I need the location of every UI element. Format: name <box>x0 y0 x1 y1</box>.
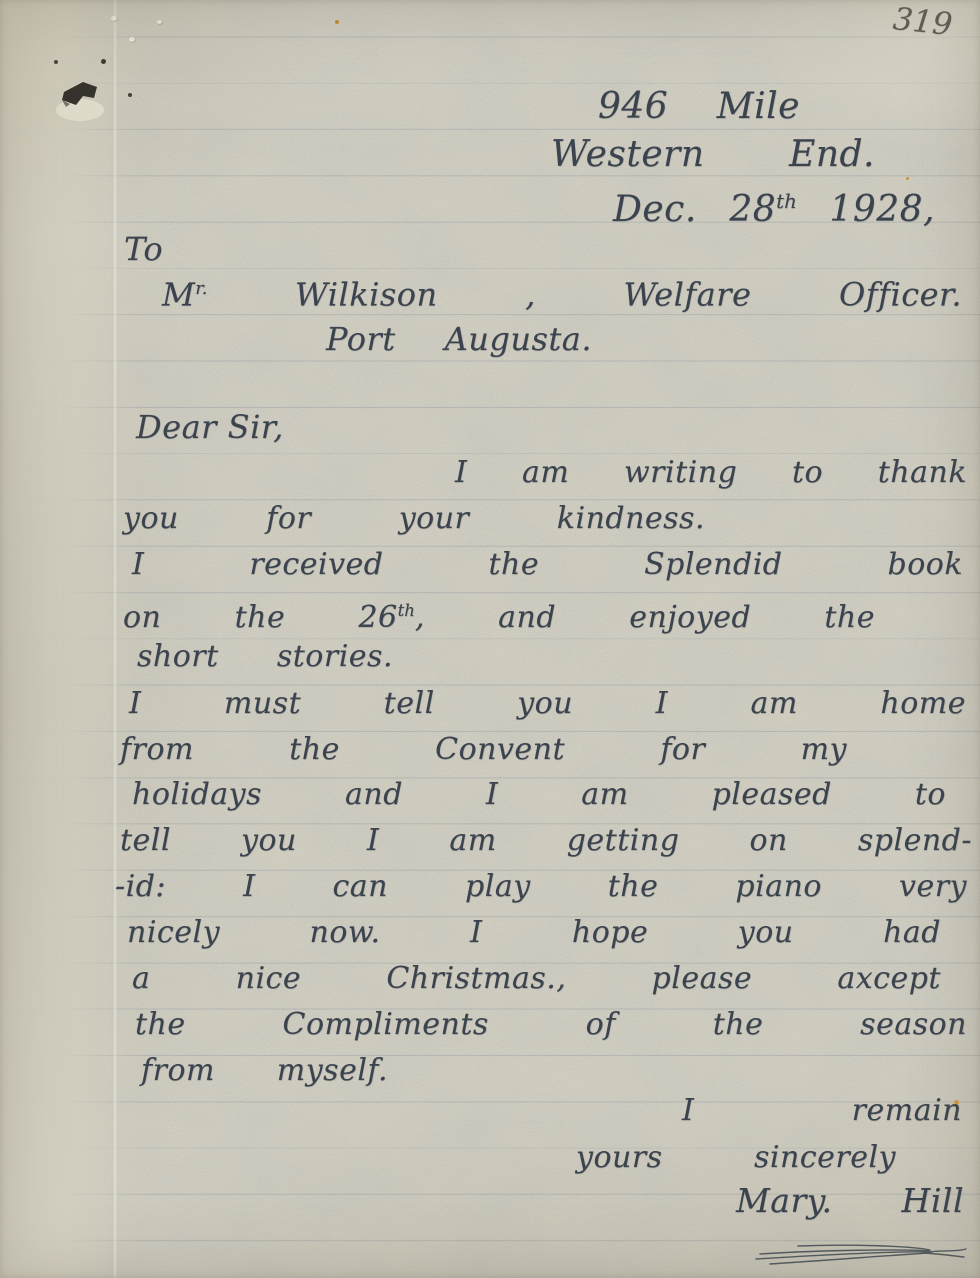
page-number: 319 <box>891 1 954 43</box>
paper-pinhole <box>157 20 162 24</box>
addressee-name-line: Mr. Wilkison , Welfare Officer. <box>162 266 962 312</box>
body-line: holidays and I am pleased to <box>132 772 946 818</box>
vertical-crease <box>112 0 118 1278</box>
body-line: from myself. <box>141 1048 388 1094</box>
gutter-fade <box>0 0 140 1278</box>
addressee-text: Wilkison , Welfare Officer. <box>207 276 962 314</box>
body-line: -id: I can play the piano very <box>115 864 967 910</box>
body-line: I am writing to thank <box>455 450 967 496</box>
paper-speck <box>101 59 106 64</box>
paper-speck <box>54 60 58 64</box>
date-ordinal-superscript: th <box>776 190 797 213</box>
heading-line-date: Dec. 28th 1928, <box>613 179 935 225</box>
letter-scan-page: 319 946 Mile Western End. Dec. 28th 1928… <box>0 0 980 1278</box>
paper-pinhole <box>129 37 135 42</box>
body-text: , and enjoyed the <box>415 600 875 635</box>
addressee-place-line: Port Augusta. <box>326 316 592 362</box>
body-line: you for your kindness. <box>123 496 705 542</box>
rust-fleck <box>335 20 339 24</box>
body-line: nicely now. I hope you had <box>127 910 941 956</box>
body-line: short stories. <box>137 634 393 680</box>
paper-speck <box>128 93 132 97</box>
ink-blot <box>50 74 120 133</box>
ordinal-superscript: th <box>398 601 415 620</box>
body-line: on the 26th, and enjoyed the <box>123 588 875 634</box>
heading-line-address: 946 Mile <box>598 84 800 130</box>
date-text: Dec. 28 <box>613 189 776 230</box>
body-line: I received the Splendid book <box>132 542 963 588</box>
body-line: tell you I am getting on splend- <box>120 818 972 864</box>
addressee-to: To <box>124 226 163 272</box>
addressee-text: M <box>162 276 195 314</box>
signature: Mary. Hill <box>736 1178 964 1224</box>
addressee-title-superscript: r. <box>195 279 207 299</box>
closing-line: I remain <box>682 1088 962 1134</box>
body-line: the Compliments of the season <box>135 1002 967 1048</box>
body-line: I must tell you I am home <box>129 681 966 727</box>
signature-flourish <box>752 1240 974 1272</box>
closing-line: yours sincerely <box>576 1135 896 1181</box>
body-text: on the 26 <box>123 600 398 635</box>
heading-line-locality: Western End. <box>551 132 875 178</box>
paper-pinhole <box>111 16 117 21</box>
salutation: Dear Sir, <box>136 404 284 450</box>
date-text: 1928, <box>797 189 935 230</box>
body-line: from the Convent for my <box>120 727 847 773</box>
body-line: a nice Christmas., please axcept <box>132 956 941 1002</box>
